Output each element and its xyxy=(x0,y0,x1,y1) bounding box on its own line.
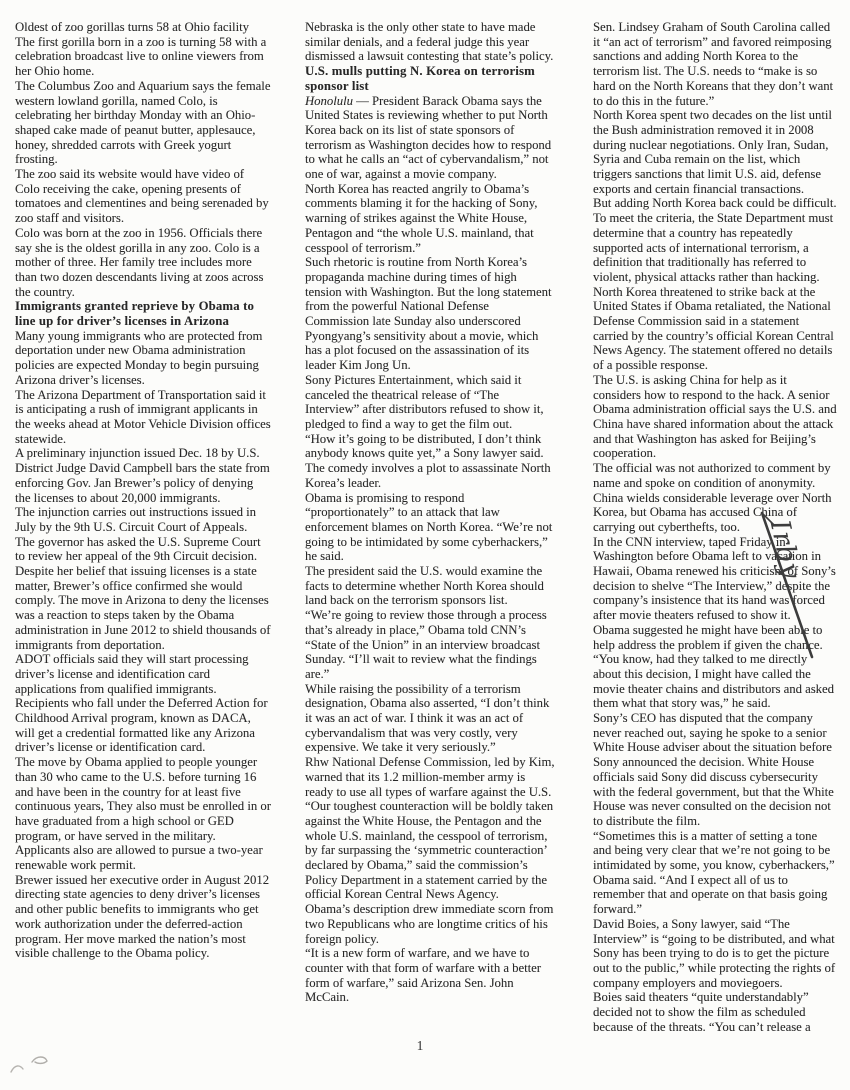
article-paragraph: North Korea has reacted angrily to Obama… xyxy=(305,182,555,256)
article-paragraph: Rhw National Defense Commission, led by … xyxy=(305,755,555,799)
page-number: 1 xyxy=(417,1038,424,1053)
article-paragraph: Sony’s CEO has disputed that the company… xyxy=(593,711,837,829)
article-paragraph: Brewer issued her executive order in Aug… xyxy=(15,873,271,961)
article-paragraph: “Our toughest counteraction will be bold… xyxy=(305,799,555,902)
article-paragraph: The governor has asked the U.S. Supreme … xyxy=(15,535,271,564)
article-headline: U.S. mulls putting N. Korea on terrorism… xyxy=(305,64,555,93)
page-columns: Oldest of zoo gorillas turns 58 at Ohio … xyxy=(15,20,837,1035)
article-paragraph: Honolulu — President Barack Obama says t… xyxy=(305,94,555,182)
article-paragraph: The Columbus Zoo and Aquarium says the f… xyxy=(15,79,271,167)
article-paragraph: Such rhetoric is routine from North Kore… xyxy=(305,255,555,373)
article-headline: Immigrants granted reprieve by Obama to … xyxy=(15,299,271,328)
article-paragraph: Nebraska is the only other state to have… xyxy=(305,20,555,64)
column-2: Nebraska is the only other state to have… xyxy=(305,20,555,1005)
article-paragraph: Recipients who fall under the Deferred A… xyxy=(15,696,271,755)
page-footer: 1 xyxy=(0,1038,840,1054)
article-paragraph: Boies said theaters “quite understandabl… xyxy=(593,990,837,1034)
article-paragraph: The move by Obama applied to people youn… xyxy=(15,755,271,873)
article-paragraph: But adding North Korea back could be dif… xyxy=(593,196,837,284)
article-paragraph: While raising the possibility of a terro… xyxy=(305,682,555,756)
article-paragraph: Obama is promising to respond “proportio… xyxy=(305,491,555,565)
article-paragraph: The zoo said its website would have vide… xyxy=(15,167,271,226)
article-paragraph: Obama’s description drew immediate scorn… xyxy=(305,902,555,946)
article-paragraph: The injunction carries out instructions … xyxy=(15,505,271,534)
article-paragraph: The U.S. is asking China for help as it … xyxy=(593,373,837,461)
pencil-mark xyxy=(8,1050,68,1082)
article-paragraph: North Korea threatened to strike back at… xyxy=(593,285,837,373)
handwritten-annotation: Irby xyxy=(730,505,840,670)
article-headline: Oldest of zoo gorillas turns 58 at Ohio … xyxy=(15,20,271,35)
article-paragraph: “How it’s going to be distributed, I don… xyxy=(305,432,555,491)
article-paragraph: “Sometimes this is a matter of setting a… xyxy=(593,829,837,917)
article-paragraph: Sony Pictures Entertainment, which said … xyxy=(305,373,555,432)
article-paragraph: Colo was born at the zoo in 1956. Offici… xyxy=(15,226,271,300)
article-paragraph: A preliminary injunction issued Dec. 18 … xyxy=(15,446,271,505)
column-1: Oldest of zoo gorillas turns 58 at Ohio … xyxy=(15,20,271,961)
article-paragraph: Despite her belief that issuing licenses… xyxy=(15,564,271,652)
article-paragraph: The president said the U.S. would examin… xyxy=(305,564,555,608)
article-paragraph: “It is a new form of warfare, and we hav… xyxy=(305,946,555,1005)
article-paragraph: ADOT officials said they will start proc… xyxy=(15,652,271,696)
article-paragraph: “We’re going to review those through a p… xyxy=(305,608,555,682)
article-paragraph: North Korea spent two decades on the lis… xyxy=(593,108,837,196)
article-paragraph: Many young immigrants who are protected … xyxy=(15,329,271,388)
article-paragraph: The Arizona Department of Transportation… xyxy=(15,388,271,447)
article-paragraph: Sen. Lindsey Graham of South Carolina ca… xyxy=(593,20,837,108)
article-paragraph: David Boies, a Sony lawyer, said “The In… xyxy=(593,917,837,991)
article-paragraph: The first gorilla born in a zoo is turni… xyxy=(15,35,271,79)
dateline: Honolulu xyxy=(305,94,353,108)
